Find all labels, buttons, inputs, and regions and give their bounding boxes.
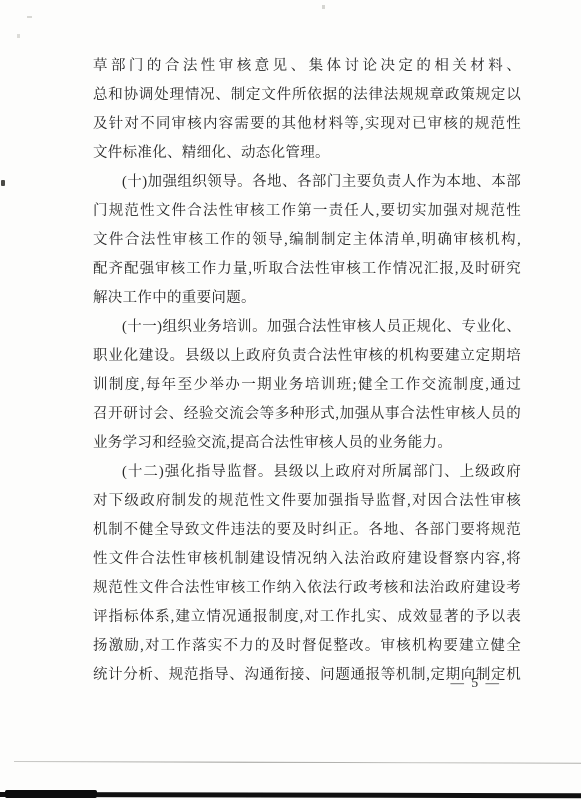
- scan-bottom-blob-artifact: [5, 790, 97, 798]
- text-line: (十)加强组织领导。各地、各部门主要负责人作为本地、本部: [93, 168, 521, 197]
- scan-speck: [17, 34, 20, 38]
- text-line: 对下级政府制发的规范性文件要加强指导监督,对因合法性审核: [93, 487, 521, 516]
- text-line: 规范性文件合法性审核工作纳入依法行政考核和法治政府建设考: [93, 574, 521, 603]
- text-line: 召开研讨会、经验交流会等多种形式,加强从事合法性审核人员的: [93, 400, 521, 429]
- document-page: 草部门的合法性审核意见、集体讨论决定的相关材料、征求意见汇总和协调处理情况、制定…: [0, 0, 581, 800]
- text-line: 业务学习和经验交流,提高合法性审核人员的业务能力。: [93, 429, 521, 458]
- text-line: 职业化建设。县级以上政府负责合法性审核的机构要建立定期培: [93, 342, 521, 371]
- scan-speck: [322, 5, 325, 9]
- scan-line-artifact: [14, 761, 581, 764]
- text-line: 总和协调处理情况、制定文件所依据的法律法规规章政策规定以: [93, 81, 521, 110]
- page-number: — 5 —: [451, 675, 502, 691]
- text-line: 文件标准化、精细化、动态化管理。: [93, 139, 521, 168]
- scan-speck: [1, 180, 5, 186]
- text-line: 机制不健全导致文件违法的要及时纠正。各地、各部门要将规范: [93, 516, 521, 545]
- scan-speck: [27, 16, 32, 18]
- text-line: 及针对不同审核内容需要的其他材料等,实现对已审核的规范性: [93, 110, 521, 139]
- text-line: (十一)组织业务培训。加强合法性审核人员正规化、专业化、: [93, 313, 521, 342]
- text-line: 草部门的合法性审核意见、集体讨论决定的相关材料、征求意见汇: [93, 52, 521, 81]
- text-line: (十二)强化指导监督。县级以上政府对所属部门、上级政府: [93, 458, 521, 487]
- text-line: 性文件合法性审核机制建设情况纳入法治政府建设督察内容,将: [93, 545, 521, 574]
- text-line: 解决工作中的重要问题。: [93, 284, 521, 313]
- text-line: 训制度,每年至少举办一期业务培训班;健全工作交流制度,通过: [93, 371, 521, 400]
- text-line: 门规范性文件合法性审核工作第一责任人,要切实加强对规范性: [93, 197, 521, 226]
- text-line: 评指标体系,建立情况通报制度,对工作扎实、成效显著的予以表: [93, 603, 521, 632]
- text-line: 文件合法性审核工作的领导,编制制定主体清单,明确审核机构,: [93, 226, 521, 255]
- text-line: 扬激励,对工作落实不力的及时督促整改。审核机构要建立健全: [93, 632, 521, 661]
- document-body: 草部门的合法性审核意见、集体讨论决定的相关材料、征求意见汇总和协调处理情况、制定…: [93, 52, 521, 690]
- text-line: 配齐配强审核工作力量,听取合法性审核工作情况汇报,及时研究: [93, 255, 521, 284]
